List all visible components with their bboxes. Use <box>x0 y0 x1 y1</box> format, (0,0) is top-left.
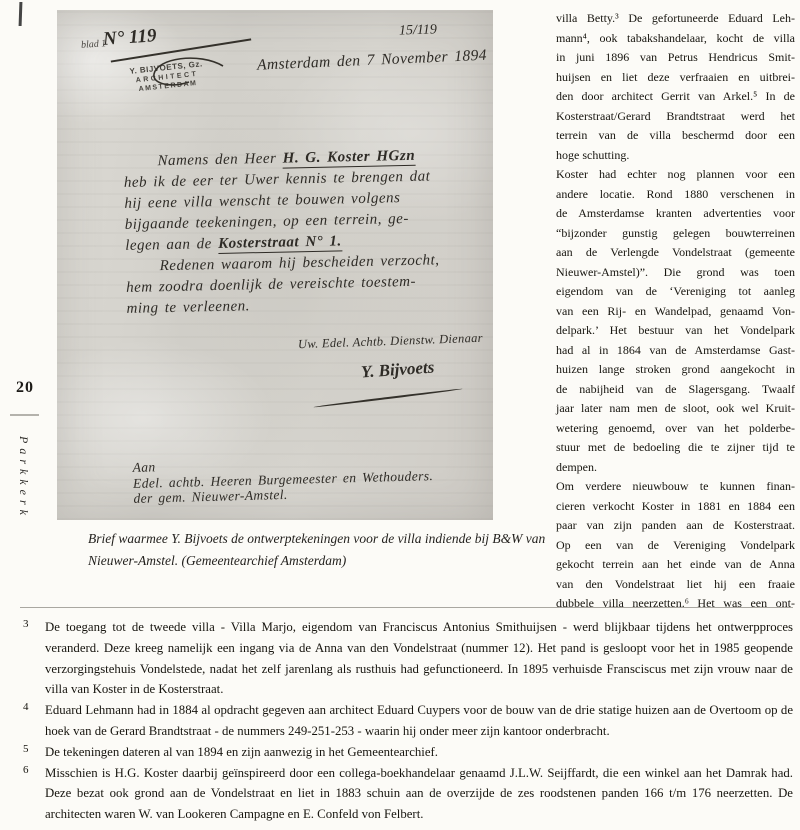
body-text-column: villa Betty.³ De gefortuneerde Eduard Le… <box>556 9 795 614</box>
footnote-text: De tekeningen dateren al van 1894 en zij… <box>45 745 438 759</box>
caption-line: Brief waarmee Y. Bijvoets de ontwerpteke… <box>88 528 568 550</box>
scan-edge-mark <box>19 2 23 26</box>
letter-number-annotation: N° 119 <box>102 25 157 51</box>
chapter-spine-label: Parkkerk <box>16 436 31 520</box>
book-page: 20 Parkkerk blad 1 N° 119 Y. BIJVOETS, G… <box>0 0 800 830</box>
footnote-item: 6Misschien is H.G. Koster daarbij geïnsp… <box>20 763 793 825</box>
column-line: delpark.’ Het bestuur van het Vondelpark <box>556 321 795 341</box>
page-number-rule <box>10 414 39 416</box>
column-line: mann⁴, ook tabakshandelaar, kocht de vil… <box>556 29 795 49</box>
column-line: de nabijheid van de Slagersgang. Twaalf <box>556 380 795 400</box>
letter-dateline: Amsterdam den 7 November 1894 <box>152 47 487 80</box>
footnotes-block: 3De toegang tot de tweede villa - Villa … <box>20 617 793 825</box>
column-line: eigendom van de ‘Vereniging tot aanleg <box>556 282 795 302</box>
caption-line: Nieuwer-Amstel. (Gemeentearchief Amsterd… <box>88 550 568 572</box>
letter-closing: Uw. Edel. Achtb. Dienstw. Dienaar <box>298 331 483 352</box>
column-line: “bijzonder gunstig gelegen bouwterreinen <box>556 224 795 244</box>
column-line: terrein van de villa beschermd door een <box>556 126 795 146</box>
footnote-text: De toegang tot de tweede villa - Villa M… <box>45 620 793 696</box>
letter-signature: Y. Bijvoets <box>360 357 435 382</box>
column-line: van den Vondelstraat liet hij een fraaie <box>556 575 795 595</box>
column-line: jaar later nam men de sloot, ook wel Kru… <box>556 399 795 419</box>
column-line: had al in 1864 van de Amsterdamse Gast- <box>556 341 795 361</box>
letter-body: Namens den Heer H. G. Koster HGznheb ik … <box>123 144 498 320</box>
column-line: Koster had echter nog plannen voor een <box>556 165 795 185</box>
signature-flourish <box>313 388 462 408</box>
column-line: Nieuwer-Amstel)”. Die grond was toen <box>556 263 795 283</box>
column-line: aan de Verlengde Vondelstraat (gemeente <box>556 243 795 263</box>
column-line: paar van zijn panden aan de Kosterstraat… <box>556 516 795 536</box>
figure-caption: Brief waarmee Y. Bijvoets de ontwerpteke… <box>88 528 568 572</box>
letter-filing-number: 15/119 <box>399 22 437 39</box>
column-line: huijsen en liet deze verfraaien en uitbr… <box>556 68 795 88</box>
column-line: de Amsterdamse kranten advertenties voor <box>556 204 795 224</box>
column-line: villa Betty.³ De gefortuneerde Eduard Le… <box>556 9 795 29</box>
column-line: Kosterstraat/Gerard Brandtstraat werd he… <box>556 107 795 127</box>
column-line: Op een van de Vereniging Vondelpark <box>556 536 795 556</box>
footnote-item: 4Eduard Lehmann had in 1884 al opdracht … <box>20 700 793 742</box>
footnote-number: 3 <box>23 614 29 635</box>
column-line: andere locatie. Rond 1880 verschenen in <box>556 185 795 205</box>
footnote-number: 6 <box>23 760 29 781</box>
letter-address: AanEdel. achtb. Heeren Burgemeester en W… <box>132 452 433 506</box>
column-line: Om verdere nieuwbouw te kunnen finan- <box>556 477 795 497</box>
footnote-text: Misschien is H.G. Koster daarbij geïnspi… <box>45 766 793 822</box>
column-line: wetering genoemd, over van het polderbe- <box>556 419 795 439</box>
column-line: gekocht terrein aan het einde van de Ann… <box>556 555 795 575</box>
column-line: in juni 1896 van Petrus Hendricus Smit- <box>556 48 795 68</box>
column-line: den door architect Gerrit van Arkel.⁵ In… <box>556 87 795 107</box>
letter-number-text: N° 119 <box>102 25 157 50</box>
underlined-phrase: Kosterstraat N° 1. <box>218 233 342 254</box>
column-line: stuur met de bedoeling die te zijner tij… <box>556 438 795 458</box>
page-number: 20 <box>16 379 34 397</box>
footnote-number: 5 <box>23 739 29 760</box>
column-line: dempen. <box>556 458 795 478</box>
footnote-item: 5De tekeningen dateren al van 1894 en zi… <box>20 742 793 763</box>
letter-scan: blad 1 N° 119 Y. BIJVOETS, Gz. ARCHITECT… <box>57 10 493 520</box>
footnote-item: 3De toegang tot de tweede villa - Villa … <box>20 617 793 700</box>
footnote-number: 4 <box>23 697 29 718</box>
column-line: hoge schutting. <box>556 146 795 166</box>
column-line: dubbele villa neerzetten.⁶ Het was een o… <box>556 594 795 614</box>
footnote-text: Eduard Lehmann had in 1884 al opdracht g… <box>45 703 793 738</box>
column-line: cieren verkocht Koster in 1881 en 1884 e… <box>556 497 795 517</box>
underlined-phrase: H. G. Koster HGzn <box>283 148 416 169</box>
column-line: van een Rij- en Wandelpad, genaamd Von- <box>556 302 795 322</box>
column-line: huizen lange stroken grond aangekocht in <box>556 360 795 380</box>
footnote-separator <box>20 607 793 608</box>
